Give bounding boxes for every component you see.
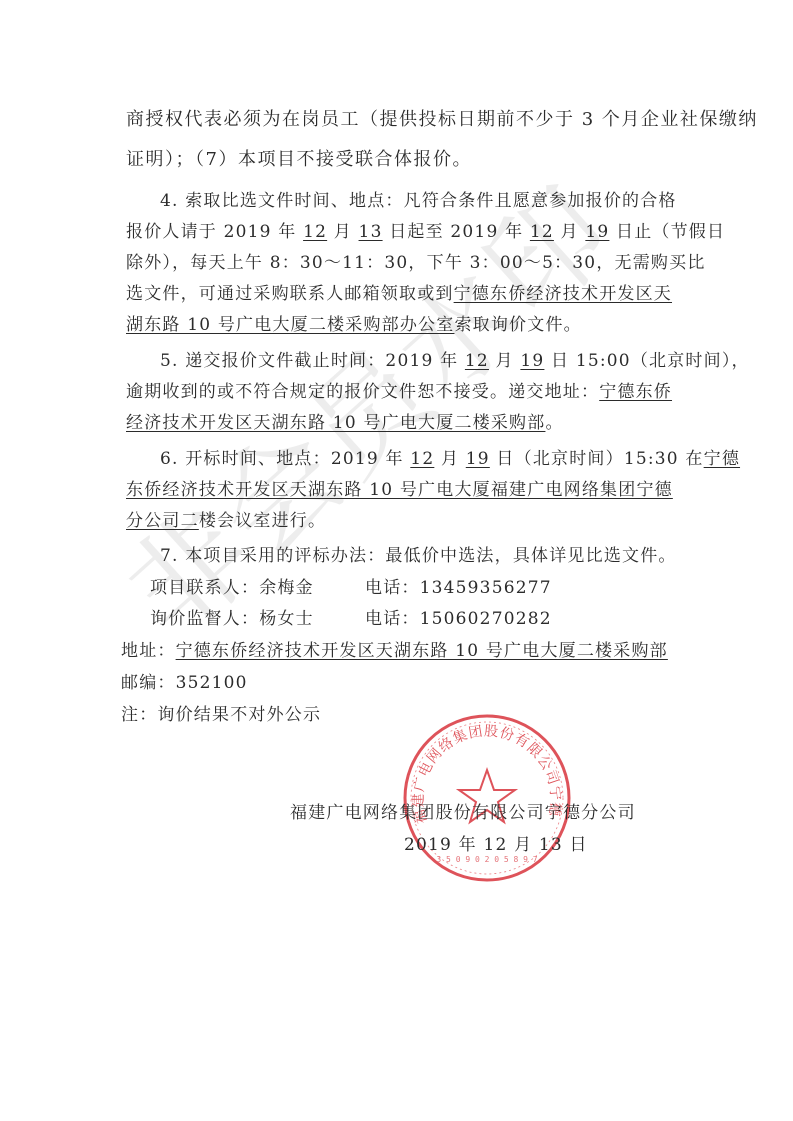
date-month: 12 <box>303 222 327 242</box>
date-day: 19 <box>520 351 544 371</box>
text: 。 <box>545 413 563 433</box>
date-day: 19 <box>466 449 490 469</box>
note: 注：询价结果不对外公示 <box>121 704 321 726</box>
section-5-heading: 5. 递交报价文件截止时间：2019 年 12 月 19 日 15:00（北京时… <box>160 350 750 372</box>
text: 月 <box>489 351 520 371</box>
section-6-heading: 6. 开标时间、地点：2019 年 12 月 19 日（北京时间）15:30 在… <box>160 448 740 470</box>
date-month: 12 <box>465 351 489 371</box>
address-line: 地址：宁德东侨经济技术开发区天湖东路 10 号广电大厦二楼采购部 <box>121 640 668 662</box>
text-line: 分公司二楼会议室进行。 <box>126 510 326 532</box>
address-text: 宁德 <box>704 449 740 469</box>
section-7-heading: 7. 本项目采用的评标办法：最低价中选法，具体详见比选文件。 <box>160 545 677 567</box>
text: 日起至 2019 年 <box>383 222 530 242</box>
contact-role: 询价监督人：杨女士 <box>150 608 314 630</box>
text-line: 东侨经济技术开发区天湖东路 10 号广电大厦福建广电网络集团宁德 <box>126 479 673 501</box>
text-line: 逾期收到的或不符合规定的报价文件恕不接受。递交地址：宁德东侨 <box>126 381 672 403</box>
postcode: 邮编：352100 <box>121 672 248 694</box>
address-text: 宁德东侨经济技术开发区天 <box>454 284 672 304</box>
text: 逾期收到的或不符合规定的报价文件恕不接受。递交地址： <box>126 382 599 402</box>
text: 6. 开标时间、地点：2019 年 <box>160 449 410 469</box>
text: 日 15:00（北京时间）， <box>544 351 749 371</box>
signature-company: 福建广电网络集团股份有限公司宁德分公司 <box>290 802 636 824</box>
date-month: 12 <box>530 222 554 242</box>
address-text: 宁德东侨经济技术开发区天湖东路 10 号广电大厦二楼采购部 <box>176 641 668 661</box>
text: 月 <box>554 222 585 242</box>
text: 月 <box>434 449 465 469</box>
text: 报价人请于 2019 年 <box>126 222 303 242</box>
contact-phone: 电话：15060270282 <box>365 608 552 630</box>
text: 日止（节假日 <box>609 222 725 242</box>
text: 5. 递交报价文件截止时间：2019 年 <box>160 351 465 371</box>
date-month: 12 <box>410 449 434 469</box>
address-text: 经济技术开发区天湖东路 10 号广电大厦二楼采购部 <box>126 413 545 433</box>
text-line: 商授权代表必须为在岗员工（提供投标日期前不少于 3 个月企业社保缴纳 <box>126 109 758 131</box>
text: 日（北京时间）15:30 在 <box>490 449 704 469</box>
contact-role: 项目联系人：余梅金 <box>150 577 314 599</box>
section-4-heading: 4. 索取比选文件时间、地点：凡符合条件且愿意参加报价的合格 <box>160 190 677 212</box>
text-line: 除外），每天上午 8：30～11：30，下午 3：00～5：30，无需购买比 <box>126 252 706 274</box>
date-day: 19 <box>585 222 609 242</box>
text: 楼会议室进行。 <box>199 511 326 531</box>
address-text: 东侨经济技术开发区天湖东路 10 号广电大厦福建广电网络集团宁德 <box>126 480 673 500</box>
text: 选文件，可通过采购联系人邮箱领取或到 <box>126 284 454 304</box>
contact-phone: 电话：13459356277 <box>365 577 552 599</box>
text: 索取询价文件。 <box>454 315 581 335</box>
text-line: 湖东路 10 号广电大厦二楼采购部办公室索取询价文件。 <box>126 314 582 336</box>
text-line: 选文件，可通过采购联系人邮箱领取或到宁德东侨经济技术开发区天 <box>126 283 672 305</box>
text-line: 证明）；（7）本项目不接受联合体报价。 <box>126 149 472 171</box>
text-line: 报价人请于 2019 年 12 月 13 日起至 2019 年 12 月 19 … <box>126 221 725 243</box>
address-label: 地址： <box>121 641 176 661</box>
address-text: 湖东路 10 号广电大厦二楼采购部办公室 <box>126 315 454 335</box>
address-text: 分公司二 <box>126 511 199 531</box>
address-text: 宁德东侨 <box>599 382 672 402</box>
text-line: 经济技术开发区天湖东路 10 号广电大厦二楼采购部。 <box>126 412 564 434</box>
document-page: 商授权代表必须为在岗员工（提供投标日期前不少于 3 个月企业社保缴纳 证明）；（… <box>0 0 793 1121</box>
date-day: 13 <box>359 222 383 242</box>
text: 月 <box>327 222 358 242</box>
signature-date: 2019 年 12 月 13 日 <box>404 834 588 856</box>
